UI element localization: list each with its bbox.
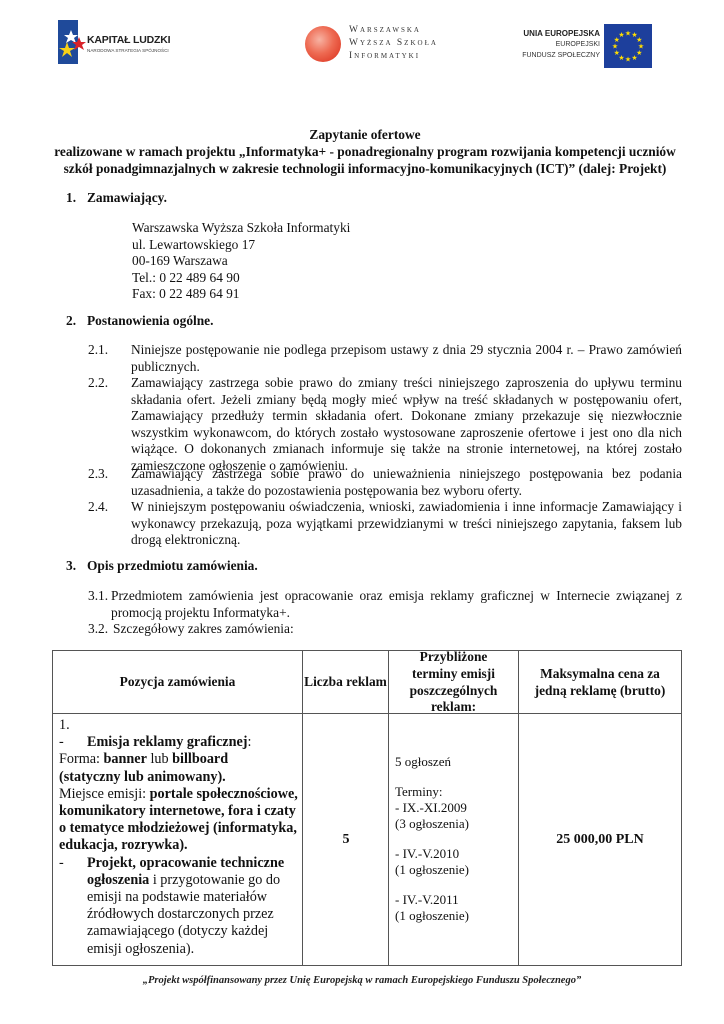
item-2-3-text: Zamawiający zastrzega sobie prawo do uni… (131, 466, 682, 499)
item-3-2-number: 3.2. (88, 621, 108, 637)
placement-line: Miejsce emisji: portale społecznościowe,… (59, 786, 299, 855)
item-2-4-text: W niniejszym postępowaniu oświadczenia, … (131, 499, 682, 549)
eu-logo: UNIA EUROPEJSKA EUROPEJSKI FUNDUSZ SPOŁE… (500, 24, 680, 68)
kapital-ludzki-logo: KAPITAŁ LUDZKI NARODOWA STRATEGIA SPÓJNO… (58, 20, 198, 66)
eu-flag-icon: ★★★★★★★★★★★★ (604, 24, 652, 68)
column-header-count: Liczba reklam (303, 651, 388, 714)
orderer-street: ul. Lewartowskiego 17 (132, 237, 350, 254)
eu-line-1: UNIA EUROPEJSKA (522, 28, 600, 39)
document-title: Zapytanie ofertowe (30, 126, 700, 143)
section-2-number: 2. (66, 313, 76, 329)
dash-bullet: - (59, 855, 87, 958)
form-or: lub (147, 751, 172, 767)
wwsi-line-2: Wyższa Szkoła (349, 37, 438, 50)
column-header-max-price: Maksymalna cena za jedną reklamę (brutto… (519, 651, 681, 714)
section-3-heading: Opis przedmiotu zamówienia. (87, 558, 258, 574)
term-count-2: (1 ogłoszenie) (395, 862, 515, 878)
term-period-3: - IV.-V.2011 (395, 892, 515, 908)
document-title-block: Zapytanie ofertowe realizowane w ramach … (30, 126, 700, 177)
emission-heading: Emisja reklamy graficznej (87, 734, 248, 750)
column-header-terms: Przybliżone terminy emisji poszczególnyc… (389, 651, 518, 714)
item-2-1-text: Niniejsze postępowanie nie podlega przep… (131, 342, 682, 375)
section-3-number: 3. (66, 558, 76, 574)
column-header-position: Pozycja zamówienia (53, 651, 302, 714)
wwsi-line-3: Informatyki (349, 50, 438, 63)
order-scope-table: Pozycja zamówienia Liczba reklam Przybli… (52, 650, 682, 966)
item-2-3-content: Zamawiający zastrzega sobie prawo do uni… (131, 466, 682, 498)
orderer-phone: Tel.: 0 22 489 64 90 (132, 270, 350, 287)
terms-total: 5 ogłoszeń (395, 754, 515, 770)
kapital-ludzki-subtitle: NARODOWA STRATEGIA SPÓJNOŚCI (87, 48, 169, 53)
footer-cofinancing-note: „Projekt współfinansowany przez Unię Eur… (0, 975, 724, 986)
item-3-2-text: Szczegółowy zakres zamówienia: (113, 621, 682, 638)
orderer-address: Warszawska Wyższa Szkoła Informatyki ul.… (132, 220, 350, 303)
term-period-1: - IX.-XI.2009 (395, 800, 515, 816)
form-line: Forma: banner lub billboard (59, 751, 299, 768)
svg-text:★: ★ (625, 56, 631, 64)
orderer-city: 00-169 Warszawa (132, 253, 350, 270)
item-2-1-content: Niniejsze postępowanie nie podlega przep… (131, 342, 682, 374)
item-2-2-number: 2.2. (88, 375, 108, 391)
row-number: 1. (59, 717, 299, 734)
item-3-1-content: Przedmiotem zamówienia jest opracowanie … (111, 588, 682, 620)
emission-terms-cell: 5 ogłoszeń Terminy: - IX.-XI.2009 (3 ogł… (395, 754, 515, 924)
item-2-4-number: 2.4. (88, 499, 108, 515)
ad-count-cell: 5 (303, 714, 389, 965)
section-1-heading: Zamawiający. (87, 190, 167, 206)
eu-text: UNIA EUROPEJSKA EUROPEJSKI FUNDUSZ SPOŁE… (522, 28, 600, 61)
item-2-2-text: Zamawiający zastrzega sobie prawo do zmi… (131, 375, 682, 475)
term-period-2: - IV.-V.2010 (395, 846, 515, 862)
item-2-3-number: 2.3. (88, 466, 108, 482)
wwsi-sphere-icon (305, 26, 341, 62)
item-2-4-content: W niniejszym postępowaniu oświadczenia, … (131, 499, 682, 547)
document-subtitle-line-1: realizowane w ramach projektu „Informaty… (30, 143, 700, 160)
placement-label: Miejsce emisji: (59, 786, 150, 802)
orderer-name: Warszawska Wyższa Szkoła Informatyki (132, 220, 350, 237)
wwsi-line-1: Warszawska (349, 24, 438, 37)
dash-bullet: - (59, 734, 87, 751)
form-type: (statyczny lub animowany). (59, 769, 299, 786)
table-row-position-cell: 1. - Emisja reklamy graficznej: Forma: b… (59, 717, 299, 958)
svg-text:★: ★ (625, 30, 631, 38)
item-3-1-number: 3.1. (88, 588, 108, 604)
document-subtitle-line-2: szkół ponadgimnazjalnych w zakresie tech… (30, 160, 700, 177)
orderer-fax: Fax: 0 22 489 64 91 (132, 286, 350, 303)
item-3-1-text: Przedmiotem zamówienia jest opracowanie … (111, 588, 682, 621)
item-2-2-content: Zamawiający zastrzega sobie prawo do zmi… (131, 375, 682, 473)
eu-line-3: FUNDUSZ SPOŁECZNY (522, 50, 600, 61)
eu-line-2: EUROPEJSKI (522, 39, 600, 50)
section-2-heading: Postanowienia ogólne. (87, 313, 213, 329)
section-1-number: 1. (66, 190, 76, 206)
max-price-cell: 25 000,00 PLN (519, 714, 681, 965)
kapital-ludzki-title: KAPITAŁ LUDZKI (87, 34, 170, 46)
form-label: Forma: (59, 751, 104, 767)
kapital-ludzki-flag-icon (58, 20, 78, 64)
term-count-1: (3 ogłoszenia) (395, 816, 515, 832)
svg-text:★: ★ (618, 31, 624, 39)
wwsi-logo: Warszawska Wyższa Szkoła Informatyki (305, 22, 435, 66)
form-billboard: billboard (172, 751, 228, 767)
item-2-1-number: 2.1. (88, 342, 108, 358)
term-count-3: (1 ogłoszenie) (395, 908, 515, 924)
emission-colon: : (248, 734, 252, 750)
wwsi-name: Warszawska Wyższa Szkoła Informatyki (349, 24, 438, 63)
form-banner: banner (104, 751, 147, 767)
svg-text:★: ★ (631, 54, 637, 62)
terms-label: Terminy: (395, 784, 515, 800)
item-3-2-content: Szczegółowy zakres zamówienia: (113, 621, 294, 636)
